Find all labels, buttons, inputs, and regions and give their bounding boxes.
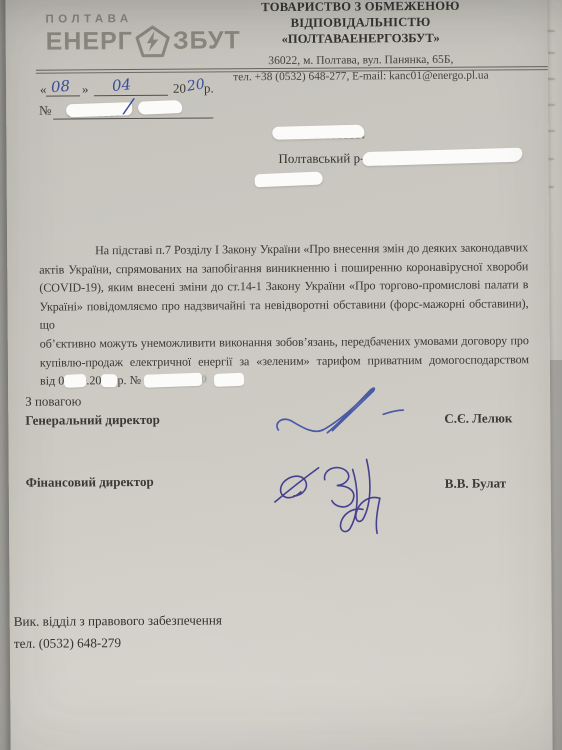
date-day-handwritten: 08: [50, 77, 70, 96]
footer-executor: Вик. відділ з правового забезпечення: [14, 612, 222, 629]
date-year-printed: 20: [173, 81, 186, 97]
redaction-contract-year: [101, 374, 117, 387]
signature-1: [270, 383, 412, 446]
signature-2: [266, 443, 417, 540]
date-year-handwritten: 20: [186, 76, 206, 94]
redaction-recipient-address: [362, 148, 522, 166]
logo-energ-word: ЕНЕРГ: [46, 29, 133, 55]
lastline-mid: .20: [86, 371, 101, 390]
lastline-from: від 0: [40, 372, 64, 391]
recipient-district: Полтавський р-н,: [278, 150, 374, 167]
redaction-number-right: [138, 100, 183, 115]
body-line: купівлю-продаж електричної енергії за «з…: [40, 350, 529, 372]
redaction-recipient-name: [272, 125, 364, 140]
signer-role-2: Фінансовий директор: [26, 474, 154, 491]
redaction-contract-day: [64, 374, 87, 388]
letter-page: ПОЛТАВА ЕНЕРГ ЗБУТ ТОВАРИСТВО З ОБМЕЖЕНО…: [5, 0, 552, 750]
signer-name-2: В.В. Булат: [445, 475, 507, 491]
photographed-letter: ПОЛТАВА ЕНЕРГ ЗБУТ ТОВАРИСТВО З ОБМЕЖЕНО…: [0, 0, 562, 750]
date-close-quote: »: [82, 81, 89, 97]
redaction-contract-number: [144, 373, 202, 388]
date-month-handwritten: 04: [111, 75, 132, 95]
signer-name-1: С.Є. Лелюк: [444, 410, 512, 426]
pentagon-lightning-icon: [135, 25, 171, 58]
company-type: ТОВАРИСТВО З ОБМЕЖЕНОЮ ВІДПОВІДАЛЬНІСТЮ: [205, 0, 515, 32]
company-name: «ПОЛТАВАЕНЕРГОЗБУТ»: [206, 31, 516, 49]
redaction-number-left: [66, 102, 132, 117]
signer-role-1: Генеральний директор: [25, 412, 160, 429]
redaction-recipient-extra: [254, 172, 322, 188]
body-paragraph: На підставі п.7 Розділу I Закону України…: [39, 238, 529, 390]
body-line: Україні» повідомляємо про надзвичайні та…: [39, 294, 528, 335]
redaction-contract-number-2: [213, 373, 244, 387]
number-label: №: [39, 103, 52, 119]
lastline-num: р. №: [117, 371, 141, 390]
date-year-suffix: р.: [204, 80, 214, 96]
footer-phone: тел. (0532) 648-279: [14, 635, 121, 652]
closing-phrase: З повагою: [25, 393, 81, 409]
